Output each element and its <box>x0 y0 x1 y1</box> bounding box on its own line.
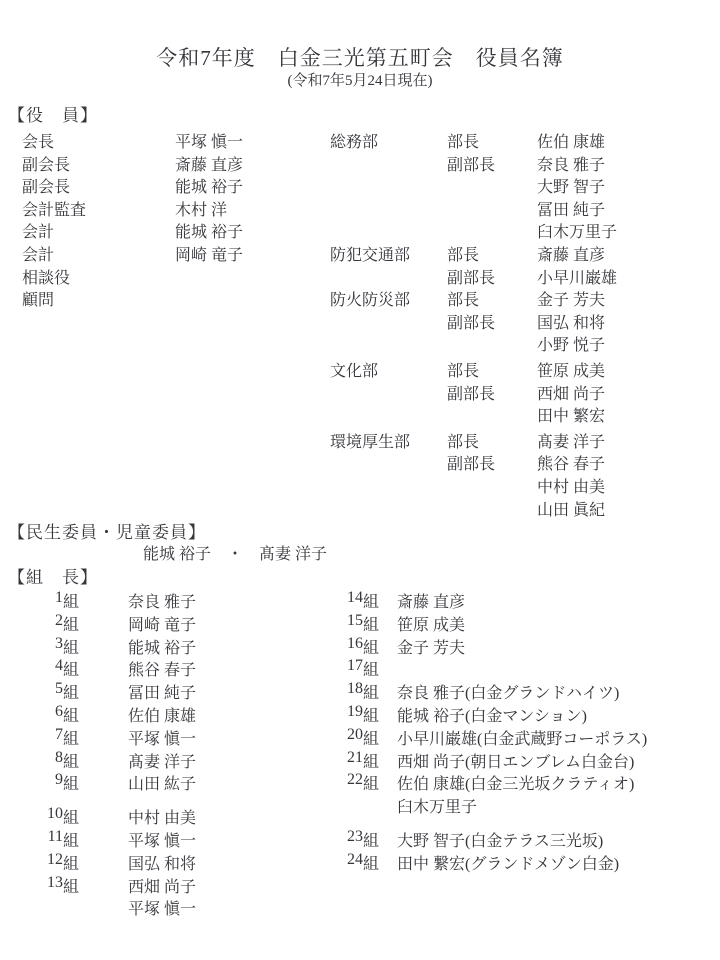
group-number: 15 <box>333 612 363 630</box>
leader-row: 11 組 平塚 愼一 <box>0 828 330 851</box>
group-number: 12 <box>22 851 63 869</box>
group-number: 19 <box>333 703 363 721</box>
department-title-label: 副部長 <box>447 265 495 288</box>
page-title: 令和7年度 白金三光第五町会 役員名簿 <box>0 42 720 72</box>
officer-row: 副部長 西畑 尚子 <box>0 381 720 404</box>
leader-row: 7 組 平塚 愼一 <box>0 726 330 749</box>
group-unit-label: 組 <box>63 589 79 612</box>
officer-row: 会計 岡崎 竜子 防犯交通部 部長 斎藤 直彦 <box>0 242 720 265</box>
leader-row: 16 組 金子 芳夫 <box>330 635 720 658</box>
group-unit-label: 組 <box>63 703 79 726</box>
group-leader-name: 奈良 雅子 <box>128 589 196 612</box>
leader-row: 24 組 田中 繋宏(グランドメゾン白金) <box>330 851 720 874</box>
group-leader-name: 奈良 雅子(白金グランドハイツ) <box>397 680 619 703</box>
department-member-name: 熊谷 春子 <box>537 451 605 474</box>
group-leader-name: 能城 裕子 <box>128 635 196 658</box>
leader-row: 12 組 国弘 和将 <box>0 851 330 874</box>
group-unit-label: 組 <box>363 657 379 680</box>
officer-row: 文化部 部長 笹原 成美 <box>0 358 720 381</box>
role-label: 会長 <box>22 129 54 152</box>
department-member-name: 小早川巌雄 <box>537 265 617 288</box>
leader-row: 18 組 奈良 雅子(白金グランドハイツ) <box>330 680 720 703</box>
group-unit-label: 組 <box>363 828 379 851</box>
department-member-name: 小野 悦子 <box>537 332 605 355</box>
department-member-name: 髙妻 洋子 <box>537 429 605 452</box>
department-member-name: 大野 智子 <box>537 174 605 197</box>
officer-row: 相談役 副部長 小早川巌雄 <box>0 265 720 288</box>
group-number: 18 <box>333 680 363 698</box>
group-number: 4 <box>22 657 63 675</box>
group-leader-name: 冨田 純子 <box>128 680 196 703</box>
department-label: 総務部 <box>330 129 378 152</box>
leader-row: 23 組 大野 智子(白金テラス三光坂) <box>330 828 720 851</box>
role-label: 会計 <box>22 219 54 242</box>
group-number: 20 <box>333 726 363 744</box>
department-title-label: 部長 <box>447 242 479 265</box>
group-unit-label: 組 <box>63 851 79 874</box>
leader-row: 10 組 中村 由美 <box>0 805 330 828</box>
group-unit-label: 組 <box>63 874 79 897</box>
officer-name: 岡崎 竜子 <box>175 242 243 265</box>
role-label: 会計監査 <box>22 197 86 220</box>
department-member-name: 奈良 雅子 <box>537 152 605 175</box>
group-leader-name: 髙妻 洋子 <box>128 749 196 772</box>
leader-row: 5 組 冨田 純子 <box>0 680 330 703</box>
group-number: 21 <box>333 749 363 767</box>
officers-table: 会長 平塚 愼一 総務部 部長 佐伯 康雄 副会長 斎藤 直彦 副部長 奈良 雅… <box>0 129 720 519</box>
department-member-name: 佐伯 康雄 <box>537 129 605 152</box>
group-unit-label: 組 <box>63 749 79 772</box>
department-member-name: 西畑 尚子 <box>537 381 605 404</box>
officer-row: 副部長 国弘 和将 <box>0 310 720 333</box>
group-unit-label: 組 <box>363 851 379 874</box>
department-label: 環境厚生部 <box>330 429 410 452</box>
leader-row: 平塚 愼一 <box>0 896 330 919</box>
group-unit-label: 組 <box>63 805 79 828</box>
role-label: 副会長 <box>22 174 70 197</box>
group-leaders-column-right: 14 組 斎藤 直彦 15 組 笹原 成美 16 組 金子 芳夫 17 組 18… <box>330 589 720 874</box>
department-label: 防火防災部 <box>330 287 410 310</box>
group-number: 9 <box>22 771 63 789</box>
group-unit-label: 組 <box>63 657 79 680</box>
department-label: 文化部 <box>330 358 378 381</box>
group-leader-name: 斎藤 直彦 <box>397 589 465 612</box>
department-title-label: 副部長 <box>447 310 495 333</box>
role-label: 会計 <box>22 242 54 265</box>
group-unit-label: 組 <box>363 680 379 703</box>
group-leader-name: 平塚 愼一 <box>128 896 196 919</box>
role-label: 副会長 <box>22 152 70 175</box>
section-heading-welfare: 【民生委員・児童委員】 <box>8 518 206 543</box>
role-label: 相談役 <box>22 265 70 288</box>
officer-row: 環境厚生部 部長 髙妻 洋子 <box>0 429 720 452</box>
officer-row: 山田 眞紀 <box>0 497 720 520</box>
leader-row: 9 組 山田 紘子 <box>0 771 330 794</box>
group-unit-label: 組 <box>363 612 379 635</box>
group-leader-name: 臼木万里子 <box>397 794 477 817</box>
leader-row: 20 組 小早川巌雄(白金武蔵野コーポラス) <box>330 726 720 749</box>
group-unit-label: 組 <box>363 771 379 794</box>
group-unit-label: 組 <box>363 635 379 658</box>
department-title-label: 副部長 <box>447 451 495 474</box>
group-unit-label: 組 <box>63 726 79 749</box>
group-leader-name: 佐伯 康雄(白金三光坂クラティオ) <box>397 771 634 794</box>
leader-row: 6 組 佐伯 康雄 <box>0 703 330 726</box>
leader-row: 21 組 西畑 尚子(朝日エンブレム白金台) <box>330 749 720 772</box>
officer-name: 斎藤 直彦 <box>175 152 243 175</box>
welfare-committee-names: 能城 裕子 ・ 髙妻 洋子 <box>143 541 327 564</box>
group-leader-name: 平塚 愼一 <box>128 726 196 749</box>
group-number: 23 <box>333 828 363 846</box>
department-title-label: 部長 <box>447 358 479 381</box>
group-leader-name: 西畑 尚子 <box>128 874 196 897</box>
department-member-name: 中村 由美 <box>537 474 605 497</box>
leader-row: 1 組 奈良 雅子 <box>0 589 330 612</box>
group-number: 8 <box>22 749 63 767</box>
leader-row: 15 組 笹原 成美 <box>330 612 720 635</box>
group-unit-label: 組 <box>63 828 79 851</box>
group-number: 17 <box>333 657 363 675</box>
officer-row: 顧問 防火防災部 部長 金子 芳夫 <box>0 287 720 310</box>
department-member-name: 臼木万里子 <box>537 219 617 242</box>
leader-row: 22 組 佐伯 康雄(白金三光坂クラティオ) <box>330 771 720 794</box>
leader-row: 臼木万里子 <box>330 794 720 817</box>
group-number: 11 <box>22 828 63 846</box>
officer-row: 副部長 熊谷 春子 <box>0 451 720 474</box>
officer-row: 田中 繁宏 <box>0 403 720 426</box>
leader-row: 14 組 斎藤 直彦 <box>330 589 720 612</box>
officer-name: 木村 洋 <box>175 197 227 220</box>
group-number: 16 <box>333 635 363 653</box>
group-leader-name: 熊谷 春子 <box>128 657 196 680</box>
leader-row: 13 組 西畑 尚子 <box>0 874 330 897</box>
department-member-name: 斎藤 直彦 <box>537 242 605 265</box>
group-unit-label: 組 <box>63 635 79 658</box>
group-leaders-column-left: 1 組 奈良 雅子 2 組 岡崎 竜子 3 組 能城 裕子 4 組 熊谷 春子 … <box>0 589 330 919</box>
department-title-label: 部長 <box>447 287 479 310</box>
department-title-label: 副部長 <box>447 152 495 175</box>
group-number: 1 <box>22 589 63 607</box>
leader-row: 3 組 能城 裕子 <box>0 635 330 658</box>
group-number: 13 <box>22 874 63 892</box>
group-leader-name: 小早川巌雄(白金武蔵野コーポラス) <box>397 726 647 749</box>
group-leader-name: 笹原 成美 <box>397 612 465 635</box>
group-leader-name: 国弘 和将 <box>128 851 196 874</box>
group-leader-name: 大野 智子(白金テラス三光坂) <box>397 828 603 851</box>
group-number: 7 <box>22 726 63 744</box>
officer-row: 会計監査 木村 洋 冨田 純子 <box>0 197 720 220</box>
officer-row: 会計 能城 裕子 臼木万里子 <box>0 219 720 242</box>
officer-row: 会長 平塚 愼一 総務部 部長 佐伯 康雄 <box>0 129 720 152</box>
department-member-name: 田中 繁宏 <box>537 403 605 426</box>
group-unit-label: 組 <box>363 749 379 772</box>
group-number: 3 <box>22 635 63 653</box>
group-leader-name: 金子 芳夫 <box>397 635 465 658</box>
officer-name: 能城 裕子 <box>175 174 243 197</box>
group-unit-label: 組 <box>363 589 379 612</box>
group-number: 10 <box>22 805 63 823</box>
group-number: 6 <box>22 703 63 721</box>
group-number: 14 <box>333 589 363 607</box>
officer-row: 小野 悦子 <box>0 332 720 355</box>
group-leader-name: 岡崎 竜子 <box>128 612 196 635</box>
group-number: 2 <box>22 612 63 630</box>
department-member-name: 冨田 純子 <box>537 197 605 220</box>
group-number: 24 <box>333 851 363 869</box>
officer-row: 中村 由美 <box>0 474 720 497</box>
department-label: 防犯交通部 <box>330 242 410 265</box>
group-leader-name: 佐伯 康雄 <box>128 703 196 726</box>
group-unit-label: 組 <box>63 612 79 635</box>
group-number: 5 <box>22 680 63 698</box>
section-heading-group-leaders: 【組 長】 <box>8 563 98 588</box>
page-subtitle: (令和7年5月24日現在) <box>0 69 720 90</box>
group-leader-name: 山田 紘子 <box>128 771 196 794</box>
section-heading-officers: 【役 員】 <box>8 101 98 126</box>
group-unit-label: 組 <box>363 726 379 749</box>
department-title-label: 部長 <box>447 429 479 452</box>
group-number: 22 <box>333 771 363 789</box>
group-unit-label: 組 <box>63 771 79 794</box>
leader-row: 2 組 岡崎 竜子 <box>0 612 330 635</box>
leader-row: 17 組 <box>330 657 720 680</box>
role-label: 顧問 <box>22 287 54 310</box>
group-leader-name: 能城 裕子(白金マンション) <box>397 703 587 726</box>
officer-row: 副会長 能城 裕子 大野 智子 <box>0 174 720 197</box>
group-unit-label: 組 <box>63 680 79 703</box>
department-member-name: 国弘 和将 <box>537 310 605 333</box>
group-leader-name: 田中 繋宏(グランドメゾン白金) <box>397 851 619 874</box>
officer-row: 副会長 斎藤 直彦 副部長 奈良 雅子 <box>0 152 720 175</box>
officer-name: 能城 裕子 <box>175 219 243 242</box>
group-leader-name: 西畑 尚子(朝日エンブレム白金台) <box>397 749 634 772</box>
department-member-name: 金子 芳夫 <box>537 287 605 310</box>
leader-row: 8 組 髙妻 洋子 <box>0 749 330 772</box>
group-leader-name: 平塚 愼一 <box>128 828 196 851</box>
department-title-label: 部長 <box>447 129 479 152</box>
leader-row: 4 組 熊谷 春子 <box>0 657 330 680</box>
officer-name: 平塚 愼一 <box>175 129 243 152</box>
leader-row: 19 組 能城 裕子(白金マンション) <box>330 703 720 726</box>
department-title-label: 副部長 <box>447 381 495 404</box>
group-leader-name: 中村 由美 <box>128 805 196 828</box>
department-member-name: 笹原 成美 <box>537 358 605 381</box>
group-unit-label: 組 <box>363 703 379 726</box>
department-member-name: 山田 眞紀 <box>537 497 605 520</box>
